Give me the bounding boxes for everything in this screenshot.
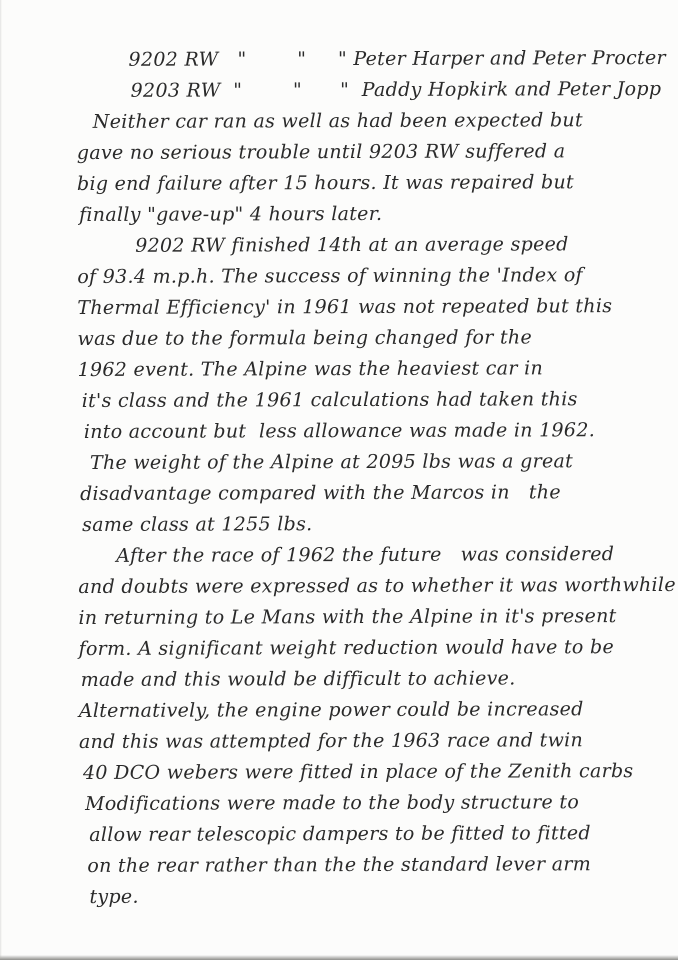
- handwritten-line: made and this would be difficult to achi…: [79, 663, 643, 696]
- handwritten-line: big end failure after 15 hours. It was r…: [77, 167, 641, 200]
- manuscript-page: 9202 RW " " " Peter Harper and Peter Pro…: [0, 0, 678, 960]
- handwritten-line: Thermal Efficiency' in 1961 was not repe…: [77, 291, 641, 324]
- handwritten-line: and doubts were expressed as to whether …: [78, 570, 642, 603]
- handwritten-line: Modifications were made to the body stru…: [79, 787, 643, 820]
- handwritten-line: 9203 RW " " " Paddy Hopkirk and Peter Jo…: [77, 74, 641, 107]
- handwritten-line: gave no serious trouble until 9203 RW su…: [77, 136, 641, 169]
- handwritten-line: on the rear rather than the the standard…: [79, 849, 643, 882]
- handwritten-line: finally "gave-up" 4 hours later.: [77, 198, 641, 231]
- scan-edge-bottom: [0, 955, 678, 960]
- handwritten-line: Alternatively, the engine power could be…: [79, 694, 643, 727]
- handwritten-line: allow rear telescopic dampers to be fitt…: [79, 818, 643, 851]
- handwritten-line: Neither car ran as well as had been expe…: [77, 105, 641, 138]
- handwritten-line: and this was attempted for the 1963 race…: [79, 725, 643, 758]
- handwritten-line: it's class and the 1961 calculations had…: [78, 384, 642, 417]
- handwritten-line: 1962 event. The Alpine was the heaviest …: [78, 353, 642, 386]
- handwritten-line: 40 DCO webers were fitted in place of th…: [79, 756, 643, 789]
- handwritten-line: same class at 1255 lbs.: [78, 508, 642, 541]
- handwritten-line: form. A significant weight reduction wou…: [79, 632, 643, 665]
- handwritten-line: 9202 RW finished 14th at an average spee…: [77, 229, 641, 262]
- handwritten-line: The weight of the Alpine at 2095 lbs was…: [78, 446, 642, 479]
- handwritten-line: 9202 RW " " " Peter Harper and Peter Pro…: [76, 43, 640, 76]
- scan-edge-left: [0, 0, 2, 960]
- handwritten-line: was due to the formula being changed for…: [77, 322, 641, 355]
- manuscript-lines: 9202 RW " " " Peter Harper and Peter Pro…: [76, 43, 643, 913]
- handwritten-line: in returning to Le Mans with the Alpine …: [78, 601, 642, 634]
- handwritten-line: into account but less allowance was made…: [78, 415, 642, 448]
- handwritten-line: type.: [79, 880, 643, 913]
- handwritten-line: of 93.4 m.p.h. The success of winning th…: [77, 260, 641, 293]
- handwritten-line: disadvantage compared with the Marcos in…: [78, 477, 642, 510]
- handwritten-line: After the race of 1962 the future was co…: [78, 539, 642, 572]
